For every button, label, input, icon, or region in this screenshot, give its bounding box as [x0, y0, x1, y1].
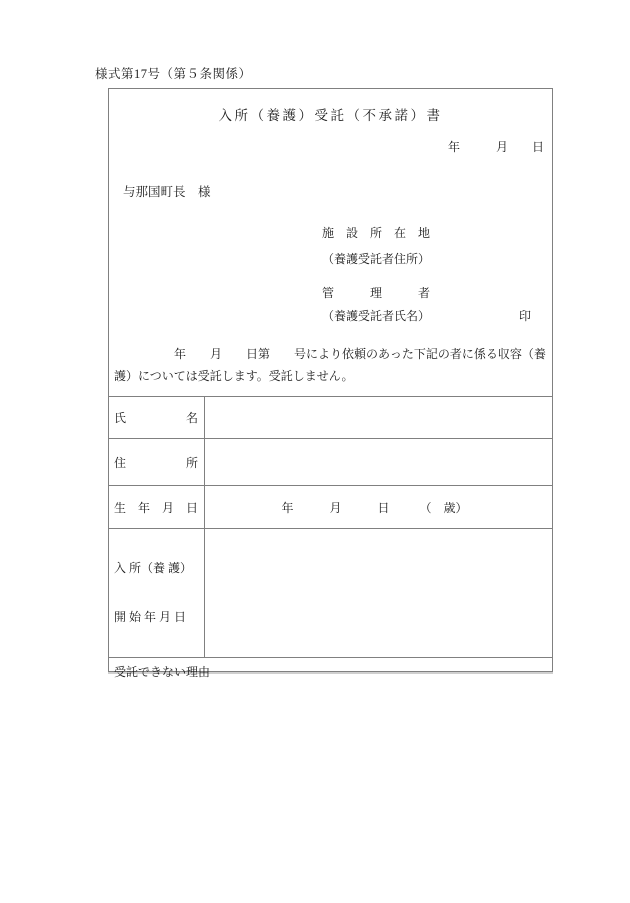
facility-address-label: 施 設 所 在 地 [322, 224, 430, 241]
row-value-admission-start-date [204, 529, 552, 658]
row-label-rejection-reason: 受託できない理由 [109, 658, 552, 742]
row-label-name: 氏 名 [109, 397, 204, 439]
admission-label-line-2: 開 始 年 月 日 [114, 608, 199, 627]
date-field: 年 月 日 [448, 138, 544, 155]
page: { "page": { "form_number": "様式第17号（第５条関係… [0, 0, 630, 903]
body-line-2: 護）については受託します。受託しません。 [114, 366, 550, 388]
manager-label: 管 理 者 [322, 284, 430, 301]
addressee: 与那国町長 様 [123, 182, 211, 200]
form-number: 様式第17号（第５条関係） [95, 64, 252, 82]
row-label-birthdate: 生 年 月 日 [109, 486, 204, 529]
row-label-address: 住 所 [109, 439, 204, 486]
document-title: 入所（養護）受託（不承諾）書 [109, 104, 552, 124]
table-row-address: 住 所 [109, 439, 552, 486]
table-row-admission-start-date: 入 所（養 護） 開 始 年 月 日 [109, 529, 552, 658]
row-value-name [204, 397, 552, 439]
body-paragraph: 年 月 日第 号により依頼のあった下記の者に係る収容（養 護）については受託しま… [114, 344, 550, 387]
form-document: 入所（養護）受託（不承諾）書 年 月 日 与那国町長 様 施 設 所 在 地 （… [108, 88, 553, 672]
manager-sublabel: （養護受託者氏名） [322, 307, 430, 324]
admission-label-line-1: 入 所（養 護） [114, 559, 199, 578]
row-label-admission-start-date: 入 所（養 護） 開 始 年 月 日 [109, 529, 204, 658]
table-row-birthdate: 生 年 月 日 年 月 日 （ 歳） [109, 486, 552, 529]
form-table: 氏 名 住 所 生 年 月 日 年 月 日 （ 歳） 入 所（養 護） 開 始 … [109, 396, 552, 742]
body-line-1: 年 月 日第 号により依頼のあった下記の者に係る収容（養 [114, 344, 550, 366]
table-row-name: 氏 名 [109, 397, 552, 439]
facility-address-sublabel: （養護受託者住所） [322, 250, 430, 267]
row-value-address [204, 439, 552, 486]
row-value-birthdate: 年 月 日 （ 歳） [204, 486, 552, 529]
table-row-rejection-reason: 受託できない理由 [109, 658, 552, 742]
seal-mark: 印 [519, 307, 531, 324]
